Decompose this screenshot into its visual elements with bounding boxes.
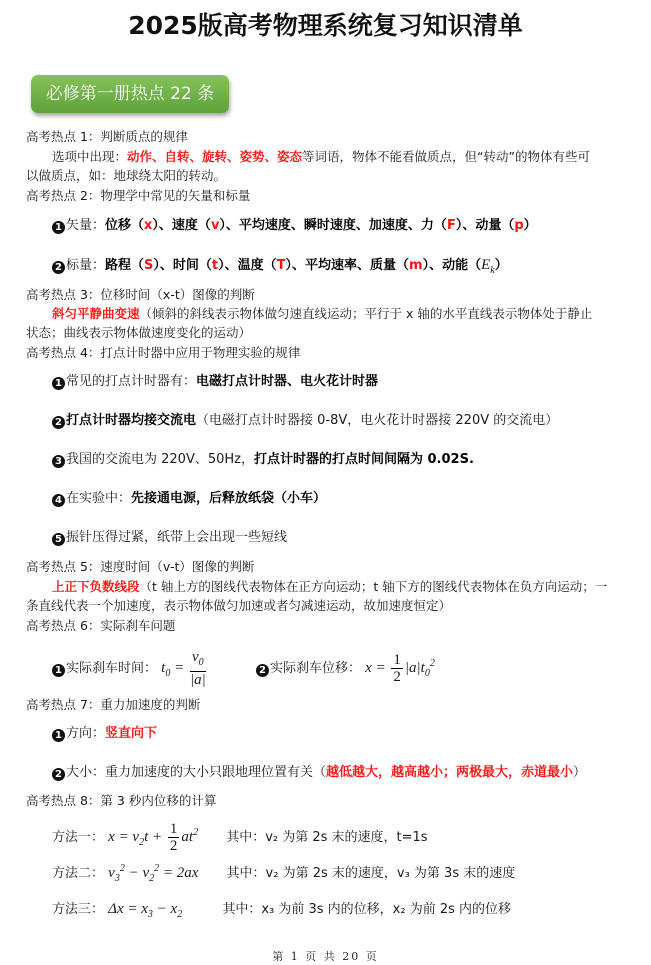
symbol-S: S — [144, 258, 153, 273]
hotspot-3-heading: 高考热点 3：位移时间（x-t）图像的判断 — [26, 286, 651, 304]
method-1: 方法一： x = v2t + 12at2 其中：v₂ 为第 2s 末的速度，t=… — [52, 818, 651, 858]
highlight: 越低越大，越高越小；两极最大，赤道最小 — [326, 765, 573, 780]
method-2: 方法二： v32 − v22 = 2ax 其中：v₂ 为第 2s 末的速度，v₃… — [52, 860, 651, 888]
hotspot-1-body-line2: 以做质点，如：地球绕太阳的转动。 — [26, 167, 651, 185]
number-badge-1: 1 — [52, 664, 65, 677]
document-title: 2025版高考物理系统复习知识清单 — [0, 6, 651, 42]
bold-text: 先接通电源，后释放纸袋（小车） — [131, 491, 326, 506]
vector-list: 1矢量：位移（x）、速度（v）、平均速度、瞬时速度、加速度、力（F）、动量（p） — [52, 217, 651, 235]
mnemonic: 斜匀平静曲变速 — [52, 306, 140, 321]
text: ）、动能（ — [423, 258, 482, 273]
text: 方向： — [66, 726, 105, 741]
text: ） — [524, 218, 537, 233]
timer-item-4: 4在实验中：先接通电源，后释放纸袋（小车） — [52, 490, 651, 508]
number-badge-2: 2 — [52, 768, 65, 781]
method-label: 方法二： — [52, 866, 104, 881]
text: ）、平均速率、质量（ — [286, 258, 410, 273]
number-badge-5: 5 — [52, 533, 65, 546]
hotspot-1-heading: 高考热点 1：判断质点的规律 — [26, 128, 651, 146]
formula-method-1: x = v2t + 12at2 — [108, 829, 198, 845]
text: （t 轴上方的图线代表物体在正方向运动；t 轴下方的图线代表物体在负方向运动；一 — [140, 579, 608, 594]
timer-item-3: 3我国的交流电为 220V、50Hz，打点计时器的打点时间间隔为 0.02S. — [52, 451, 651, 469]
text: ）、时间（ — [153, 258, 212, 273]
symbol-E: E — [481, 257, 490, 273]
page-footer: 第 1 页 共 20 页 — [0, 948, 651, 964]
symbol-T: T — [277, 258, 286, 273]
text: （电磁打点计时器接 0-8V，电火花计时器接 220V 的交流电） — [196, 413, 558, 428]
section-badge: 必修第一册热点 22 条 — [31, 75, 229, 113]
scalar-list: 2标量：路程（S）、时间（t）、温度（T）、平均速率、质量（m）、动能（Ek） — [52, 256, 651, 280]
braking-formulas: 1实际刹车时间： t0 = v0|a| 2实际刹车位移： x = 12|a|t0… — [52, 646, 651, 686]
number-badge-2: 2 — [52, 261, 65, 274]
formula-Ek: Ek — [481, 257, 495, 273]
hotspot-5-body: 上正下负数线段（t 轴上方的图线代表物体在正方向运动；t 轴下方的图线代表物体在… — [52, 578, 651, 596]
body-prefix: 选项中出现： — [52, 149, 127, 164]
timer-item-5: 5振针压得过紧，纸带上会出现一些短线 — [52, 529, 651, 547]
hotspot-2-heading: 高考热点 2：物理学中常见的矢量和标量 — [26, 187, 651, 205]
method-note: 其中：v₂ 为第 2s 末的速度，t=1s — [226, 830, 427, 845]
method-label: 方法一： — [52, 830, 104, 845]
text: 位移（ — [105, 218, 144, 233]
text: ）、温度（ — [218, 258, 277, 273]
symbol-m: m — [409, 258, 423, 273]
text: ） — [495, 258, 508, 273]
hotspot-4-heading: 高考热点 4：打点计时器中应用于物理实验的规律 — [26, 344, 651, 362]
formula-method-2: v32 − v22 = 2ax — [108, 865, 198, 881]
text: 常见的打点计时器有： — [66, 374, 196, 389]
symbol-p: p — [514, 218, 523, 233]
timer-item-1: 1常见的打点计时器有：电磁打点计时器、电火花计时器 — [52, 373, 651, 391]
bold-text: 电磁打点计时器、电火花计时器 — [196, 374, 378, 389]
text: ） — [573, 765, 586, 780]
number-badge-4: 4 — [52, 494, 65, 507]
highlight: 竖直向下 — [105, 726, 157, 741]
method-3: 方法三： Δx = x3 − x2 其中：x₃ 为前 3s 内的位移，x₂ 为前… — [52, 900, 651, 924]
number-badge-1: 1 — [52, 729, 65, 742]
body-suffix: 等词语，物体不能看做质点，但“转动”的物体有些可 — [302, 149, 590, 164]
hotspot-5-heading: 高考热点 5：速度时间（v-t）图像的判断 — [26, 558, 651, 576]
number-badge-2: 2 — [52, 416, 65, 429]
mnemonic: 上正下负数线段 — [52, 579, 140, 594]
hotspot-3-body: 斜匀平静曲变速（倾斜的斜线表示物体做匀速直线运动；平行于 x 轴的水平直线表示物… — [52, 305, 651, 323]
text: ）、速度（ — [152, 218, 211, 233]
symbol-F: F — [447, 218, 456, 233]
hotspot-7-heading: 高考热点 7：重力加速度的判断 — [26, 696, 651, 714]
highlight-terms: 动作、自转、旋转、姿势、姿态 — [127, 149, 302, 164]
formula-braking-distance: x = 12|a|t02 — [365, 660, 435, 676]
hotspot-1-body: 选项中出现：动作、自转、旋转、姿势、姿态等词语，物体不能看做质点，但“转动”的物… — [52, 148, 651, 166]
hotspot-3-body-line2: 状态；曲线表示物体做速度变化的运动） — [26, 324, 651, 342]
vector-label: 矢量： — [66, 218, 105, 233]
text: 大小：重力加速度的大小只跟地理位置有关（ — [66, 765, 326, 780]
formula-method-3: Δx = x3 − x2 — [108, 901, 182, 917]
text: ）、动量（ — [456, 218, 515, 233]
text: 在实验中： — [66, 491, 131, 506]
bold-text: 打点计时器的打点时间间隔为 0.02S. — [254, 452, 474, 467]
braking-distance-label: 实际刹车位移： — [270, 661, 361, 676]
gravity-direction: 1方向：竖直向下 — [52, 725, 651, 743]
number-badge-1: 1 — [52, 377, 65, 390]
bold-text: 打点计时器均接交流电 — [66, 413, 196, 428]
text: （倾斜的斜线表示物体做匀速直线运动；平行于 x 轴的水平直线表示物体处于静止 — [140, 306, 593, 321]
method-note: 其中：v₂ 为第 2s 末的速度，v₃ 为第 3s 末的速度 — [227, 866, 516, 881]
text: 我国的交流电为 220V、50Hz， — [66, 452, 254, 467]
gravity-magnitude: 2大小：重力加速度的大小只跟地理位置有关（越低越大，越高越小；两极最大，赤道最小… — [52, 764, 651, 782]
hotspot-5-body-line2: 条直线代表一个加速度，表示物体做匀加速或者匀减速运动，故加速度恒定） — [26, 597, 651, 615]
hotspot-6-heading: 高考热点 6：实际刹车问题 — [26, 617, 651, 635]
method-note: 其中：x₃ 为前 3s 内的位移，x₂ 为前 2s 内的位移 — [222, 902, 511, 917]
text: 振针压得过紧，纸带上会出现一些短线 — [66, 530, 287, 545]
number-badge-2: 2 — [256, 664, 269, 677]
number-badge-3: 3 — [52, 455, 65, 468]
text: ）、平均速度、瞬时速度、加速度、力（ — [219, 218, 447, 233]
scalar-label: 标量： — [66, 258, 105, 273]
braking-time-label: 实际刹车时间： — [66, 661, 157, 676]
method-label: 方法三： — [52, 902, 104, 917]
timer-item-2: 2打点计时器均接交流电（电磁打点计时器接 0-8V，电火花计时器接 220V 的… — [52, 412, 651, 430]
number-badge-1: 1 — [52, 221, 65, 234]
text: 路程（ — [105, 258, 144, 273]
formula-braking-time: t0 = v0|a| — [161, 660, 208, 676]
hotspot-8-heading: 高考热点 8：第 3 秒内位移的计算 — [26, 792, 651, 810]
